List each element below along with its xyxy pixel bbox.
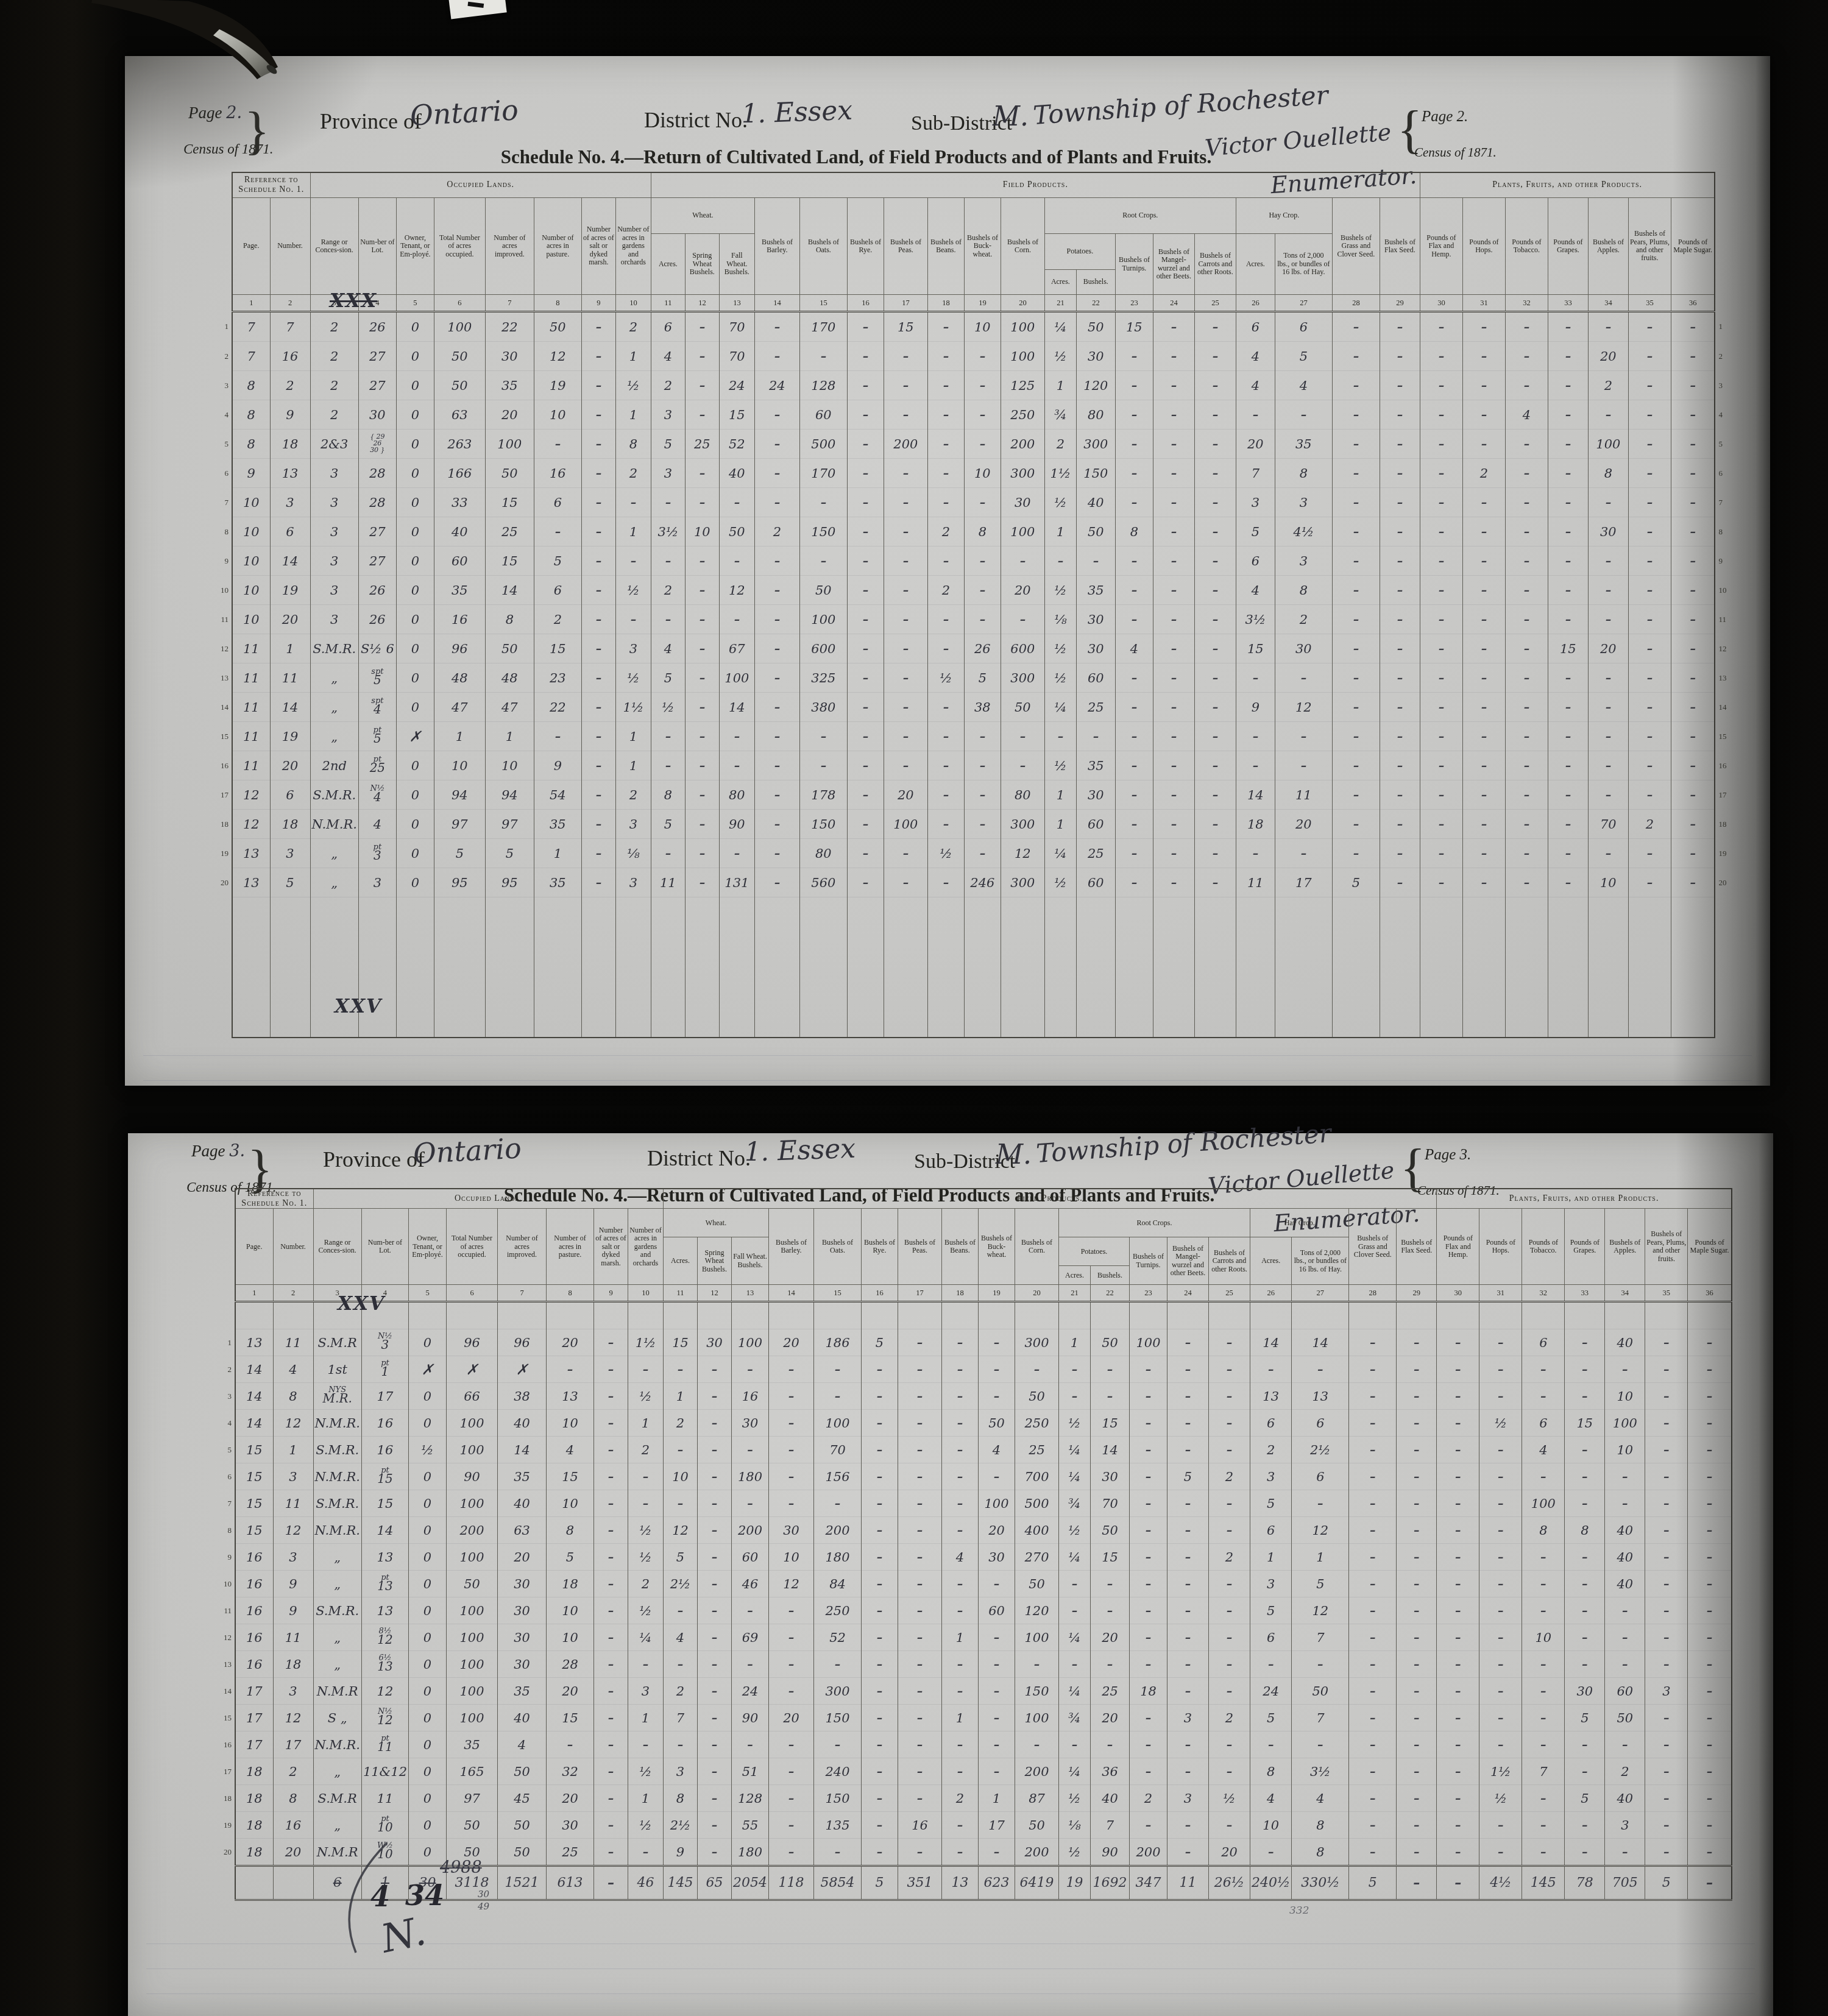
dash-mark: – xyxy=(957,1845,963,1859)
left-margin xyxy=(203,172,232,312)
data-cell: – xyxy=(1349,1517,1397,1544)
handwritten-value: 300 xyxy=(1010,817,1035,832)
dash-mark: – xyxy=(1146,1417,1152,1430)
data-cell: – xyxy=(754,312,799,342)
header-cell: Number of acres of salt or dyked marsh. xyxy=(594,1209,628,1285)
data-cell: 10 xyxy=(434,751,485,780)
header-cell: Pounds of Maple Sugar. xyxy=(1688,1209,1732,1285)
corner-page-label: Page 3. xyxy=(1425,1147,1471,1164)
handwritten-value: 2½ xyxy=(670,1818,691,1833)
data-cell: – xyxy=(698,1758,732,1785)
data-cell: – xyxy=(847,342,884,371)
data-cell: – xyxy=(1479,1731,1522,1758)
handwritten-value: 30 xyxy=(501,349,518,364)
handwritten-annotation: 49 xyxy=(478,1901,489,1912)
dash-mark: – xyxy=(1454,1875,1461,1891)
data-cell: – xyxy=(1671,400,1715,430)
header-cell: Bushels. xyxy=(1091,1266,1130,1285)
handwritten-value: 20 xyxy=(783,1335,799,1350)
data-cell: 15 xyxy=(361,1490,408,1517)
data-cell: – xyxy=(1380,517,1420,546)
dash-mark: – xyxy=(596,584,602,597)
dash-mark: – xyxy=(1268,1658,1274,1671)
data-cell: – xyxy=(1645,1410,1688,1437)
handwritten-value: pt5 xyxy=(374,727,382,744)
dash-mark: – xyxy=(1606,701,1612,714)
handwritten-value: ¼ xyxy=(1054,700,1066,715)
table-row: 151119„pt5✗11––1––––––––––––––––––––––––… xyxy=(203,722,1737,751)
data-cell: – xyxy=(1548,576,1588,605)
data-cell: – xyxy=(1153,488,1194,517)
data-cell: 15 xyxy=(235,1517,273,1544)
data-cell: – xyxy=(898,1651,942,1678)
handwritten-value: 16 xyxy=(285,1818,302,1833)
row-number-left: 12 xyxy=(203,634,232,663)
total-cell: 240½ xyxy=(1250,1866,1292,1900)
handwritten-value: pt15 xyxy=(377,1467,392,1484)
handwritten-value: „ xyxy=(334,1764,341,1779)
handwritten-value: 5 xyxy=(554,554,562,568)
handwritten-value: 6 xyxy=(286,525,294,539)
dash-mark: – xyxy=(1213,496,1219,509)
handwritten-value: 17 xyxy=(1295,875,1312,890)
dash-mark: – xyxy=(1663,1631,1670,1644)
handwritten-value: 0 xyxy=(423,1684,431,1699)
data-cell: 15 xyxy=(1565,1410,1605,1437)
dash-mark: – xyxy=(1353,671,1359,685)
data-cell: 1 xyxy=(485,722,534,751)
data-cell: 54 xyxy=(534,780,581,810)
dash-mark: – xyxy=(943,730,949,743)
data-cell: – xyxy=(898,1329,942,1356)
data-cell: – xyxy=(754,546,799,576)
dash-mark: – xyxy=(1455,1551,1461,1564)
header-cell: Bushels of Mangel-wurzel and other Beets… xyxy=(1167,1237,1209,1285)
data-cell: – xyxy=(1628,517,1671,546)
data-cell: ½ xyxy=(1044,868,1076,897)
dash-mark: – xyxy=(1540,1363,1546,1376)
data-cell: 4 xyxy=(1292,1785,1349,1812)
data-cell: 18 xyxy=(235,1758,273,1785)
data-cell: 20 xyxy=(270,605,310,634)
dash-mark: – xyxy=(631,496,637,509)
data-cell: ✗ xyxy=(498,1356,547,1383)
data-cell: – xyxy=(862,1544,898,1571)
province-label: Province of xyxy=(320,108,422,134)
handwritten-value: 100 xyxy=(459,1416,484,1431)
data-cell: 3 xyxy=(273,1678,313,1705)
province-value: Ontario xyxy=(409,93,519,132)
dash-mark: – xyxy=(700,788,706,802)
data-cell: – xyxy=(884,459,927,488)
dash-mark: – xyxy=(1058,554,1064,568)
data-cell: – xyxy=(1397,1437,1437,1463)
data-cell: 20 xyxy=(1275,810,1332,839)
data-cell: 2 xyxy=(1275,605,1332,634)
dash-mark: – xyxy=(1370,1417,1376,1430)
data-cell: – xyxy=(862,1571,898,1597)
pen-object xyxy=(91,0,299,89)
table-row: 81512N.M.R.140200638–½12–20030200–––2040… xyxy=(206,1517,1754,1544)
data-cell: 300 xyxy=(814,1678,862,1705)
data-cell: 6½13 xyxy=(361,1651,408,1678)
dash-mark: – xyxy=(877,1363,883,1376)
data-cell: – xyxy=(1130,1544,1167,1571)
dash-mark: – xyxy=(1647,642,1653,656)
data-cell: 30 xyxy=(732,1410,769,1437)
dash-mark: – xyxy=(700,350,706,363)
handwritten-value: 15 xyxy=(1126,320,1142,334)
column-number: 22 xyxy=(1091,1285,1130,1302)
dash-mark: – xyxy=(1647,320,1653,334)
dash-mark: – xyxy=(1565,350,1571,363)
dash-mark: – xyxy=(1185,1497,1191,1510)
handwritten-value: ¼ xyxy=(1054,320,1066,334)
handwritten-value: 15 xyxy=(501,554,518,568)
dash-mark: – xyxy=(1565,730,1571,743)
dash-mark: – xyxy=(596,701,602,714)
handwritten-value: 17 xyxy=(285,1738,302,1752)
total-cell: 705 xyxy=(1605,1866,1645,1900)
data-cell: – xyxy=(581,371,615,400)
data-cell: – xyxy=(1479,1490,1522,1517)
data-cell: 30 xyxy=(1076,342,1115,371)
data-cell: – xyxy=(732,1490,769,1517)
dash-mark: – xyxy=(1414,1390,1420,1403)
data-cell: – xyxy=(1588,839,1628,868)
data-cell: – xyxy=(1605,1490,1645,1517)
data-cell: – xyxy=(927,342,964,371)
dash-mark: – xyxy=(877,1417,883,1430)
data-cell: – xyxy=(942,1383,979,1410)
column-number: 13 xyxy=(732,1285,769,1302)
data-cell: N½4 xyxy=(358,780,396,810)
data-cell: – xyxy=(1522,1651,1565,1678)
dash-mark: – xyxy=(712,1577,718,1591)
handwritten-value: 50 xyxy=(1015,700,1031,715)
handwritten-value: 90 xyxy=(1102,1845,1118,1859)
data-cell: – xyxy=(1115,400,1153,430)
row-number-right: 15 xyxy=(1715,722,1737,751)
data-cell: 8 xyxy=(1565,1517,1605,1544)
handwritten-value: 150 xyxy=(825,1791,849,1806)
handwritten-value: 10 xyxy=(1263,1818,1279,1833)
handwritten-value: 60 xyxy=(452,554,468,568)
data-cell: 0 xyxy=(396,605,434,634)
data-cell: 8 xyxy=(1588,459,1628,488)
data-cell: 100 xyxy=(1001,342,1044,371)
dash-mark: – xyxy=(1690,701,1696,714)
data-cell: – xyxy=(685,868,719,897)
data-cell: 28 xyxy=(358,488,396,517)
dash-mark: – xyxy=(1132,496,1138,509)
dash-mark: – xyxy=(1439,642,1445,656)
data-cell: – xyxy=(1167,1544,1209,1571)
total-cell xyxy=(235,1866,273,1900)
handwritten-value: 3 xyxy=(629,642,637,656)
handwritten-annotation: XXX xyxy=(330,290,377,312)
data-cell: 50 xyxy=(1605,1705,1645,1731)
data-cell: – xyxy=(1153,342,1194,371)
dash-mark: – xyxy=(1213,584,1219,597)
handwritten-value: 4 xyxy=(1130,642,1138,656)
dash-mark: – xyxy=(678,1658,684,1671)
handwritten-value: 11 xyxy=(285,1335,302,1350)
handwritten-value: pt3 xyxy=(374,844,382,861)
header-cell: Bushels. xyxy=(1076,270,1115,295)
dash-mark: – xyxy=(700,613,706,626)
data-cell: – xyxy=(1420,722,1462,751)
data-cell: – xyxy=(1130,1731,1167,1758)
ruled-paper-lines xyxy=(143,1031,1752,1084)
data-cell: 7 xyxy=(270,312,310,342)
dash-mark: – xyxy=(1498,1390,1504,1403)
dash-mark: – xyxy=(980,584,986,597)
data-cell: – xyxy=(581,839,615,868)
handwritten-value: 5 xyxy=(1369,1875,1377,1890)
handwritten-value: 15 xyxy=(246,1470,263,1484)
handwritten-value: 17 xyxy=(988,1818,1005,1833)
dash-mark: – xyxy=(1353,467,1359,480)
data-cell: 1 xyxy=(615,722,651,751)
handwritten-value: 300 xyxy=(1024,1335,1049,1350)
handwritten-value: 12 xyxy=(377,1684,394,1699)
handwritten-value: 11&12 xyxy=(363,1764,407,1779)
data-cell: – xyxy=(1548,605,1588,634)
header-cell: Pounds of Hops. xyxy=(1462,198,1505,295)
dash-mark: – xyxy=(747,1604,753,1618)
data-cell: – xyxy=(1209,1678,1250,1705)
data-cell: 100 xyxy=(1015,1624,1059,1651)
dash-mark: – xyxy=(1439,613,1445,626)
handwritten-value: 0 xyxy=(411,349,419,364)
header-cell: Page. xyxy=(235,1209,273,1285)
data-cell: – xyxy=(1167,1383,1209,1410)
handwritten-value: 5854 xyxy=(821,1875,855,1890)
data-cell: – xyxy=(884,517,927,546)
handwritten-value: ½ xyxy=(1068,1845,1080,1859)
data-cell: 0 xyxy=(396,517,434,546)
data-cell: 95 xyxy=(434,868,485,897)
data-cell: – xyxy=(1194,400,1236,430)
data-cell: – xyxy=(1194,342,1236,371)
handwritten-value: 1½ xyxy=(1050,466,1071,481)
header-cell: Reference to Schedule No. 1. xyxy=(235,1189,313,1209)
total-cell: 5 xyxy=(1349,1866,1397,1900)
data-cell: 2 xyxy=(310,312,358,342)
data-cell: 50 xyxy=(485,459,534,488)
data-cell: – xyxy=(1015,1651,1059,1678)
dash-mark: – xyxy=(1213,408,1219,422)
header-cell: Range or Conces-sion. xyxy=(310,198,358,295)
data-cell: – xyxy=(1605,1463,1645,1490)
handwritten-value: ¼ xyxy=(1054,846,1066,861)
dash-mark: – xyxy=(1606,584,1612,597)
data-cell: – xyxy=(1153,780,1194,810)
data-cell: – xyxy=(685,312,719,342)
data-cell: – xyxy=(664,1437,698,1463)
data-cell: – xyxy=(862,1651,898,1678)
row-number-right xyxy=(1732,1544,1754,1571)
handwritten-value: 26 xyxy=(369,583,386,598)
data-cell: 1 xyxy=(942,1705,979,1731)
data-cell: 25 xyxy=(1076,693,1115,722)
handwritten-value: 16 xyxy=(246,1550,263,1565)
dash-mark: – xyxy=(1540,1604,1546,1618)
data-cell: – xyxy=(1275,400,1332,430)
dash-mark: – xyxy=(1171,876,1177,890)
handwritten-value: 145 xyxy=(1531,1875,1556,1890)
handwritten-value: 100 xyxy=(1136,1335,1160,1350)
handwritten-value: 2 xyxy=(1604,378,1612,393)
handwritten-value: 2 xyxy=(629,320,637,334)
data-cell: – xyxy=(927,546,964,576)
dash-mark: – xyxy=(1582,1363,1588,1376)
dash-mark: – xyxy=(1146,1497,1152,1510)
data-cell: – xyxy=(1420,430,1462,459)
dash-mark: – xyxy=(1498,1658,1504,1671)
table-row: 121611„8½1201003010–¼4–69–52––1–100¼20––… xyxy=(206,1624,1754,1651)
data-cell: 16 xyxy=(235,1597,273,1624)
data-cell: – xyxy=(847,839,884,868)
handwritten-annotation: 30 xyxy=(478,1889,489,1900)
dash-mark: – xyxy=(1146,1765,1152,1778)
data-cell: – xyxy=(1420,605,1462,634)
dash-mark: – xyxy=(700,876,706,890)
data-cell: 50 xyxy=(1015,1383,1059,1410)
data-cell: – xyxy=(1688,1410,1732,1437)
data-cell: – xyxy=(1671,868,1715,897)
handwritten-value: 5 xyxy=(1184,1470,1192,1484)
row-number-right: 17 xyxy=(1715,780,1737,810)
dash-mark: – xyxy=(1582,1738,1588,1752)
header-cell: Bushels of Turnips. xyxy=(1130,1237,1167,1285)
dash-mark: – xyxy=(980,730,986,743)
data-cell: – xyxy=(814,1356,862,1383)
handwritten-value: 2nd xyxy=(322,759,347,773)
data-cell: – xyxy=(1628,839,1671,868)
dash-mark: – xyxy=(1707,1363,1713,1376)
dash-mark: – xyxy=(1146,1738,1152,1752)
dash-mark: – xyxy=(747,1738,753,1752)
column-number: 6 xyxy=(447,1285,498,1302)
handwritten-annotation: N. xyxy=(377,1909,430,1962)
data-cell: 100 xyxy=(719,663,754,693)
handwritten-value: 1 xyxy=(506,729,514,744)
data-cell: 50 xyxy=(1292,1678,1349,1705)
header-cell: Number of acres in pasture. xyxy=(534,198,581,295)
data-cell: – xyxy=(1505,722,1548,751)
data-cell: 11 xyxy=(232,722,270,751)
handwritten-value: „ xyxy=(331,875,338,890)
handwritten-value: „ xyxy=(331,700,338,715)
dash-mark: – xyxy=(700,847,706,860)
handwritten-value: 4 xyxy=(676,1630,684,1645)
data-cell: 14 xyxy=(1091,1437,1130,1463)
column-number: 12 xyxy=(685,295,719,312)
row-number-left: 4 xyxy=(203,400,232,430)
handwritten-value: N.M.R. xyxy=(312,817,357,832)
dash-mark: – xyxy=(608,1604,614,1618)
handwritten-value: ¼ xyxy=(1068,1550,1080,1565)
data-cell: – xyxy=(1130,1597,1167,1624)
dash-mark: – xyxy=(863,642,869,656)
data-cell: 60 xyxy=(799,400,847,430)
handwritten-value: 10 xyxy=(452,759,468,773)
data-cell: – xyxy=(594,1517,628,1544)
dash-mark: – xyxy=(1414,1685,1420,1698)
data-cell: N½3 xyxy=(361,1329,408,1356)
data-cell: 11 xyxy=(273,1329,313,1356)
data-cell: – xyxy=(1420,517,1462,546)
dash-mark: – xyxy=(1397,818,1403,831)
handwritten-value: 2 xyxy=(1144,1791,1152,1806)
data-cell: 13 xyxy=(232,839,270,868)
row-number-right xyxy=(1732,1517,1754,1544)
dash-mark: – xyxy=(596,467,602,480)
column-number: 34 xyxy=(1605,1285,1645,1302)
data-cell: – xyxy=(594,1839,628,1866)
data-cell: 26 xyxy=(964,634,1001,663)
data-cell: – xyxy=(1397,1383,1437,1410)
dash-mark: – xyxy=(1146,1819,1152,1832)
data-cell: – xyxy=(1059,1356,1091,1383)
torn-paper-scrap xyxy=(448,0,506,19)
data-cell: 17 xyxy=(361,1383,408,1410)
data-cell: – xyxy=(862,1410,898,1437)
dash-mark: – xyxy=(1171,525,1177,539)
data-cell: 14 xyxy=(485,576,534,605)
data-cell: – xyxy=(1548,839,1588,868)
handwritten-value: 5 xyxy=(1316,1577,1324,1591)
dash-mark: – xyxy=(1185,1658,1191,1671)
data-cell: – xyxy=(1130,1651,1167,1678)
dash-mark: – xyxy=(774,496,781,509)
handwritten-value: 150 xyxy=(1083,466,1108,481)
handwritten-value: 1 xyxy=(456,729,464,744)
data-cell: – xyxy=(1209,1571,1250,1597)
data-cell: – xyxy=(1292,1651,1349,1678)
data-cell: 16 xyxy=(235,1544,273,1571)
dash-mark: – xyxy=(1498,1551,1504,1564)
dash-mark: – xyxy=(863,496,869,509)
data-cell: 20 xyxy=(979,1517,1015,1544)
data-cell: – xyxy=(1209,1624,1250,1651)
data-cell: – xyxy=(651,839,685,868)
left-brace: } xyxy=(244,100,269,161)
handwritten-value: 16 xyxy=(742,1389,759,1404)
header-cell: Field Products. xyxy=(664,1189,1437,1209)
handwritten-annotation: 34 xyxy=(405,1879,444,1912)
data-cell: – xyxy=(1167,1651,1209,1678)
data-cell: 32 xyxy=(547,1758,594,1785)
census-page-3: Page 3. Census of 1871. } Province of On… xyxy=(128,1133,1773,2016)
handwritten-value: 35 xyxy=(1088,583,1104,598)
data-cell: ½ xyxy=(1059,1517,1091,1544)
data-cell: – xyxy=(1153,722,1194,751)
row-number-right xyxy=(1732,1731,1754,1758)
data-cell: 20 xyxy=(769,1705,814,1731)
data-cell: ✗ xyxy=(396,722,434,751)
data-cell: 100 xyxy=(434,312,485,342)
data-cell: ¼ xyxy=(1044,693,1076,722)
total-cell: 2054 xyxy=(732,1866,769,1900)
dash-mark: – xyxy=(1132,730,1138,743)
dash-mark: – xyxy=(774,818,781,831)
data-cell: – xyxy=(1397,1490,1437,1517)
data-cell: 50 xyxy=(719,517,754,546)
dash-mark: – xyxy=(863,320,869,334)
